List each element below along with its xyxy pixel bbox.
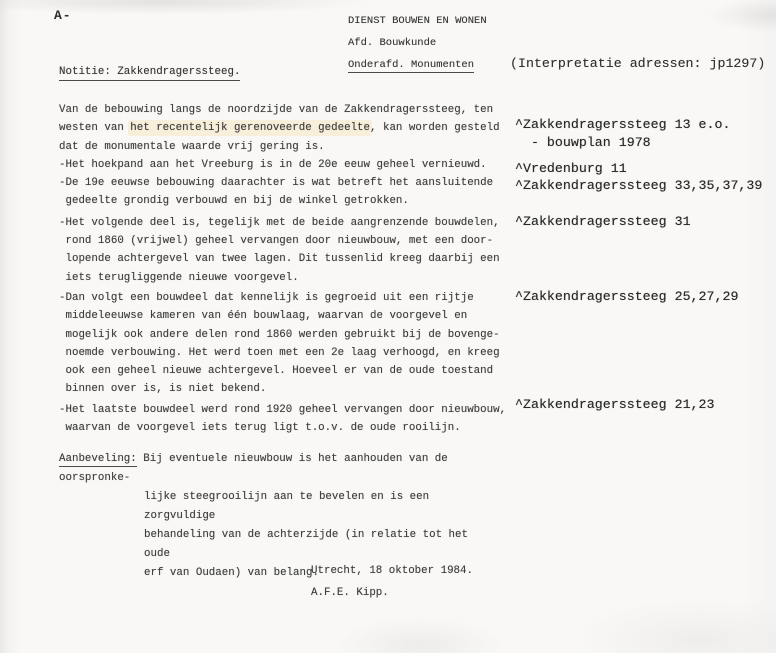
letterhead-subdivision: Onderafd. Monumenten <box>348 54 487 76</box>
margin-note: ^Zakkendragerssteeg 31 <box>515 213 691 231</box>
body-text: Van de bebouwing langs de noordzijde van… <box>59 101 529 437</box>
scanned-memo-page: { "document": { "corner_mark": "A-", "le… <box>0 0 776 653</box>
author: A.F.E. Kipp. <box>311 582 473 604</box>
intro-line2-suffix: , kan worden gesteld <box>370 122 500 134</box>
place-date: Utrecht, 18 oktober 1984. <box>311 560 473 582</box>
list-item: -Het hoekpand aan het Vreeburg is in de … <box>59 156 529 174</box>
intro-paragraph: Van de bebouwing langs de noordzijde van… <box>59 101 529 156</box>
list-item: -Het volgende deel is, tegelijk met de b… <box>59 214 529 287</box>
margin-note: ^Zakkendragerssteeg 13 e.o. - bouwplan 1… <box>515 116 730 152</box>
recommendation-label: Aanbeveling: <box>59 453 137 467</box>
letterhead-division: Afd. Bouwkunde <box>348 32 487 54</box>
signature-block: Utrecht, 18 oktober 1984. A.F.E. Kipp. <box>311 560 473 604</box>
interpretation-note: (Interpretatie adressen: jp1297) <box>510 56 765 71</box>
intro-line3: dat de monumentale waarde vrij gering is… <box>59 141 325 153</box>
highlighted-phrase: het recentelijk gerenoveerde gedeelte <box>130 122 370 134</box>
margin-note: ^Zakkendragerssteeg 33,35,37,39 <box>515 177 762 195</box>
intro-line1: Van de bebouwing langs de noordzijde van… <box>59 104 493 116</box>
list-item: -Dan volgt een bouwdeel dat kennelijk is… <box>59 289 529 399</box>
letterhead-department: DIENST BOUWEN EN WONEN <box>348 10 487 32</box>
letterhead: DIENST BOUWEN EN WONEN Afd. Bouwkunde On… <box>348 10 487 76</box>
list-item: -Het laatste bouwdeel werd rond 1920 geh… <box>59 401 529 438</box>
margin-note: ^Zakkendragerssteeg 25,27,29 <box>515 288 738 306</box>
margin-note: ^Vredenburg 11 <box>515 160 627 178</box>
recommendation-first-line: Aanbeveling: Bij eventuele nieuwbouw is … <box>59 450 499 488</box>
page-title: Notitie: Zakkendragerssteeg. <box>59 66 240 78</box>
list-item: -De 19e eeuwse bebouwing daarachter is w… <box>59 174 529 211</box>
corner-mark: A- <box>54 8 72 23</box>
intro-line2-prefix: westen van <box>59 122 130 134</box>
margin-note: ^Zakkendragerssteeg 21,23 <box>515 396 715 414</box>
